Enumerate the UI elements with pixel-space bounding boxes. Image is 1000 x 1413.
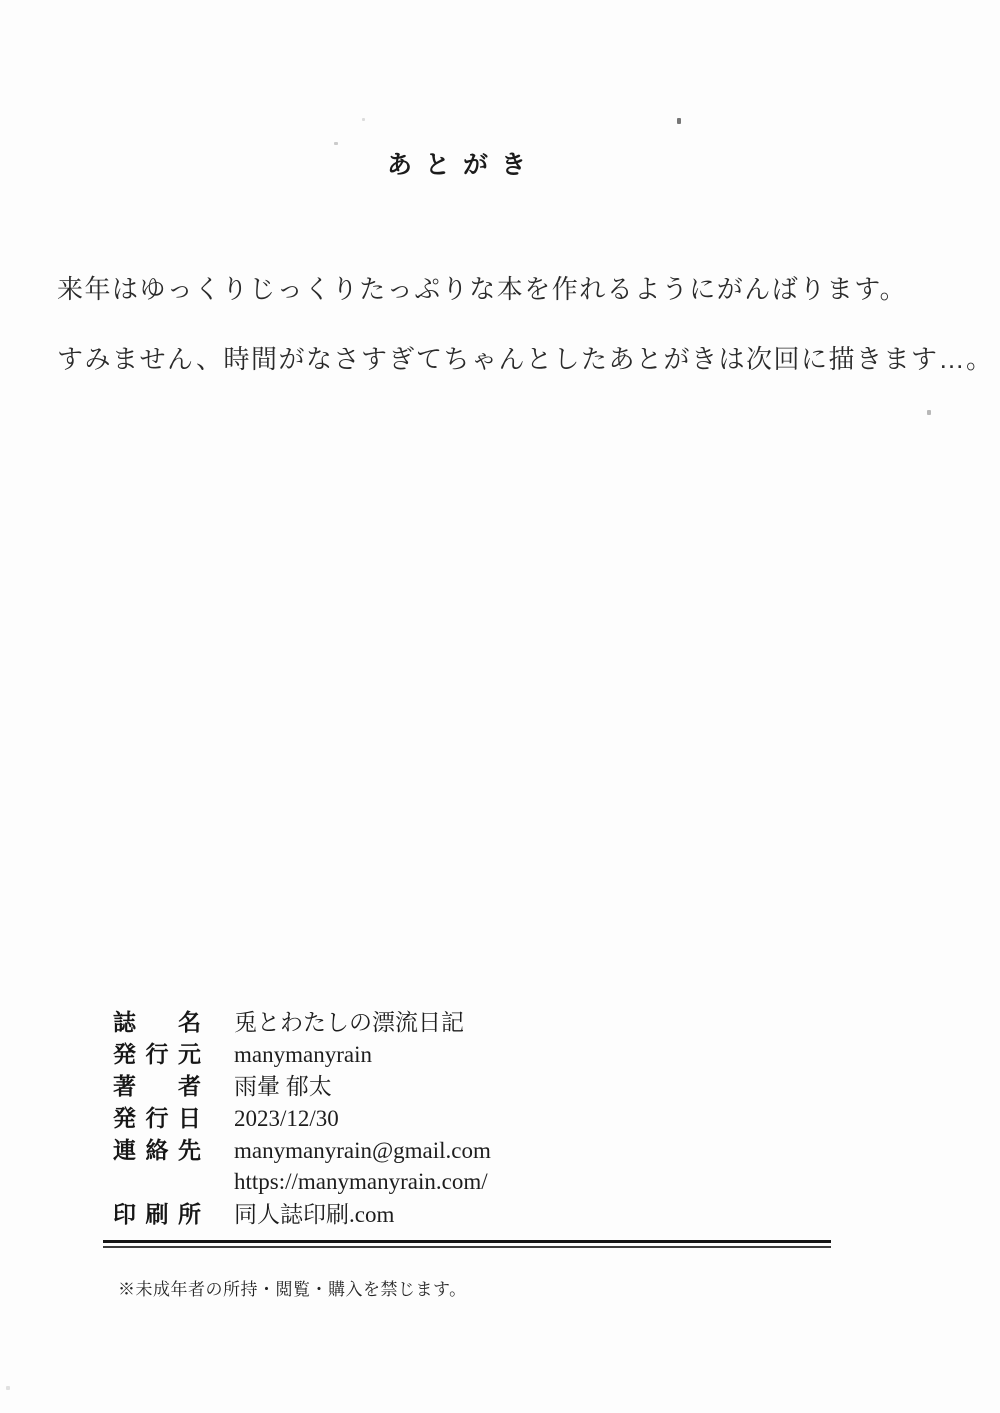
colophon-label: 印刷所 bbox=[113, 1198, 201, 1230]
colophon-block: 誌名 兎とわたしの漂流日記 発行元 manymanyrain 著者 雨暈 郁太 … bbox=[113, 1006, 491, 1230]
colophon-label: 発行日 bbox=[113, 1102, 201, 1134]
age-restriction-note: ※未成年者の所持・閲覧・購入を禁じます。 bbox=[118, 1275, 467, 1300]
colophon-row-contact-email: 連絡先 manymanyrain@gmail.com bbox=[113, 1134, 491, 1166]
separator-double-rule bbox=[103, 1240, 831, 1248]
colophon-value: 同人誌印刷.com bbox=[234, 1199, 394, 1231]
colophon-row-publisher: 発行元 manymanyrain bbox=[113, 1038, 491, 1070]
colophon-label: 連絡先 bbox=[113, 1134, 201, 1166]
colophon-value-email: manymanyrain@gmail.com bbox=[234, 1135, 491, 1167]
colophon-row-author: 著者 雨暈 郁太 bbox=[113, 1070, 491, 1102]
page-title: あとがき bbox=[387, 145, 539, 181]
scanned-afterword-page: あとがき 来年はゆっくりじっくりたっぷりな本を作れるようにがんばります。 すみま… bbox=[0, 0, 1000, 1413]
colophon-value: 兎とわたしの漂流日記 bbox=[234, 1007, 464, 1039]
colophon-row-printer: 印刷所 同人誌印刷.com bbox=[113, 1198, 491, 1230]
scan-speck bbox=[362, 118, 365, 121]
scan-speck bbox=[677, 118, 681, 124]
colophon-row-publish-date: 発行日 2023/12/30 bbox=[113, 1102, 491, 1134]
afterword-text-line-2: すみません、時間がなさすぎてちゃんとしたあとがきは次回に描きます…。 bbox=[57, 339, 994, 376]
colophon-value: 2023/12/30 bbox=[234, 1103, 339, 1135]
afterword-text-line-1: 来年はゆっくりじっくりたっぷりな本を作れるようにがんばります。 bbox=[57, 269, 907, 306]
colophon-value-url: https://manymanyrain.com/ bbox=[234, 1166, 488, 1198]
colophon-row-title: 誌名 兎とわたしの漂流日記 bbox=[113, 1006, 491, 1038]
scan-speck bbox=[6, 1386, 10, 1390]
colophon-value: manymanyrain bbox=[234, 1039, 372, 1071]
scan-speck bbox=[334, 142, 338, 145]
colophon-row-contact-url: https://manymanyrain.com/ bbox=[113, 1166, 491, 1198]
scan-speck bbox=[927, 410, 931, 415]
colophon-label: 誌名 bbox=[113, 1006, 201, 1038]
colophon-label: 発行元 bbox=[113, 1038, 201, 1070]
colophon-value: 雨暈 郁太 bbox=[234, 1071, 332, 1103]
colophon-label: 著者 bbox=[113, 1070, 201, 1102]
